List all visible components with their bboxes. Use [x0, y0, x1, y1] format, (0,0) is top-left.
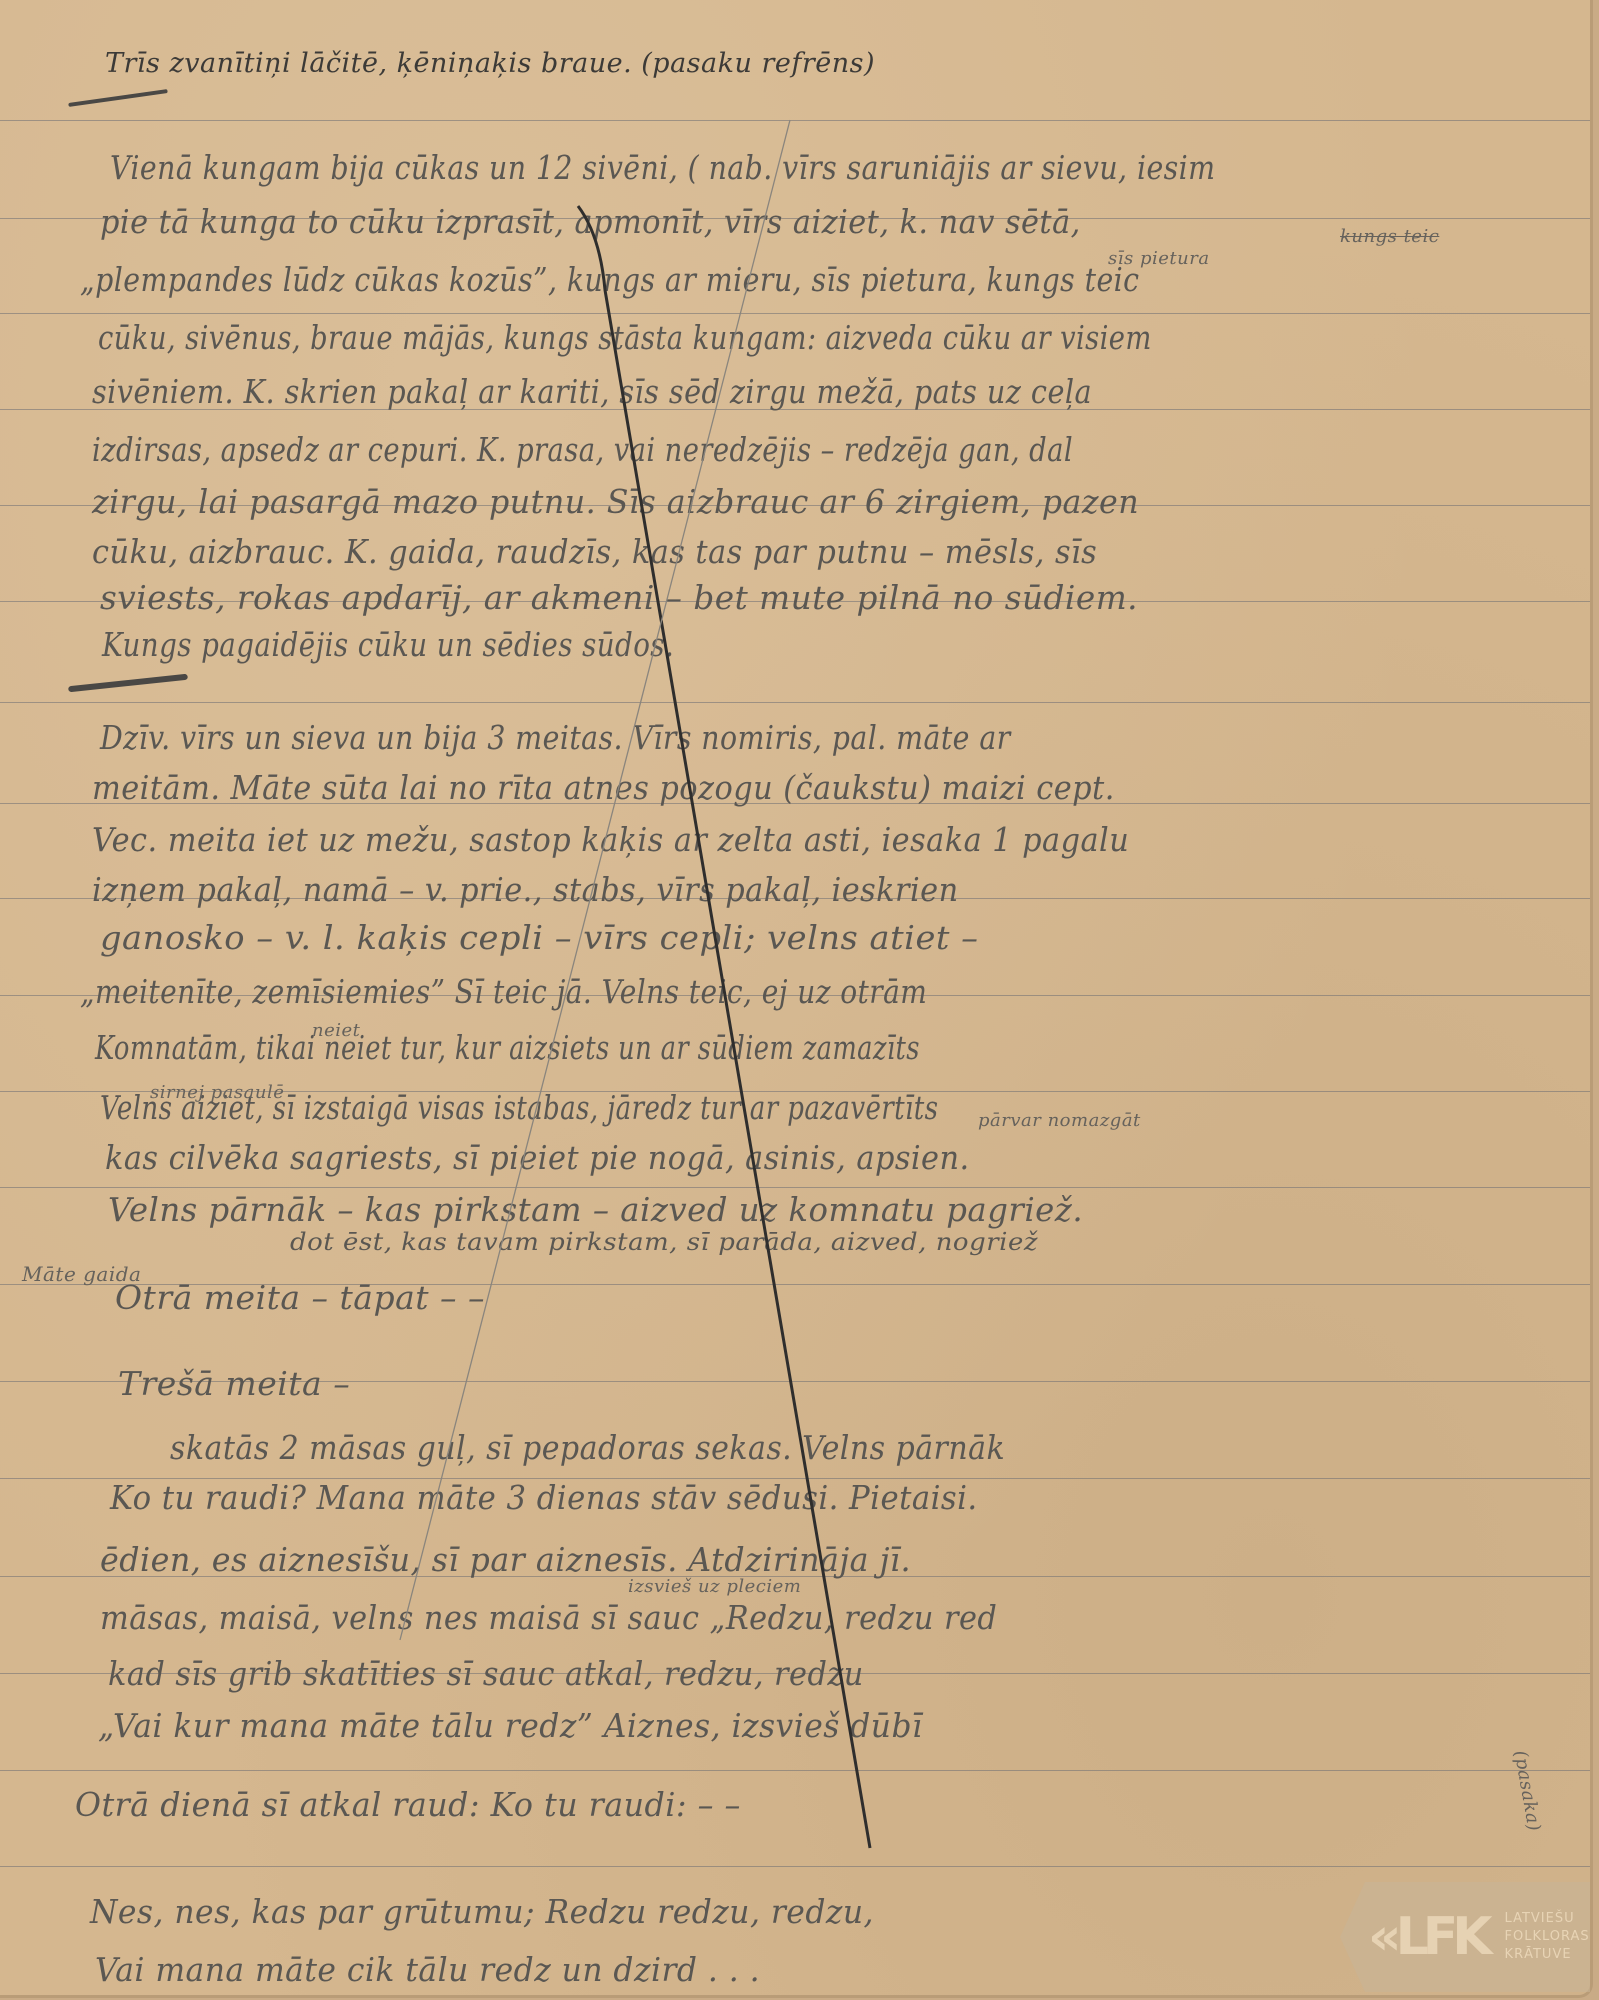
lfk-logo-icon: «LFK — [1368, 1907, 1487, 1967]
archive-watermark: «LFK LATVIEŠU FOLKLORAS KRĀTUVE — [1340, 1882, 1590, 1992]
watermark-line: FOLKLORAS — [1505, 1928, 1590, 1946]
cancel-stroke-icon — [0, 0, 1599, 2000]
watermark-line: KRĀTUVE — [1505, 1946, 1590, 1964]
manuscript-page: Trīs zvanītiņi lāčitē, ķēniņaķis braue. … — [0, 0, 1593, 1998]
watermark-text: LATVIEŠU FOLKLORAS KRĀTUVE — [1505, 1910, 1590, 1964]
watermark-line: LATVIEŠU — [1505, 1910, 1590, 1928]
